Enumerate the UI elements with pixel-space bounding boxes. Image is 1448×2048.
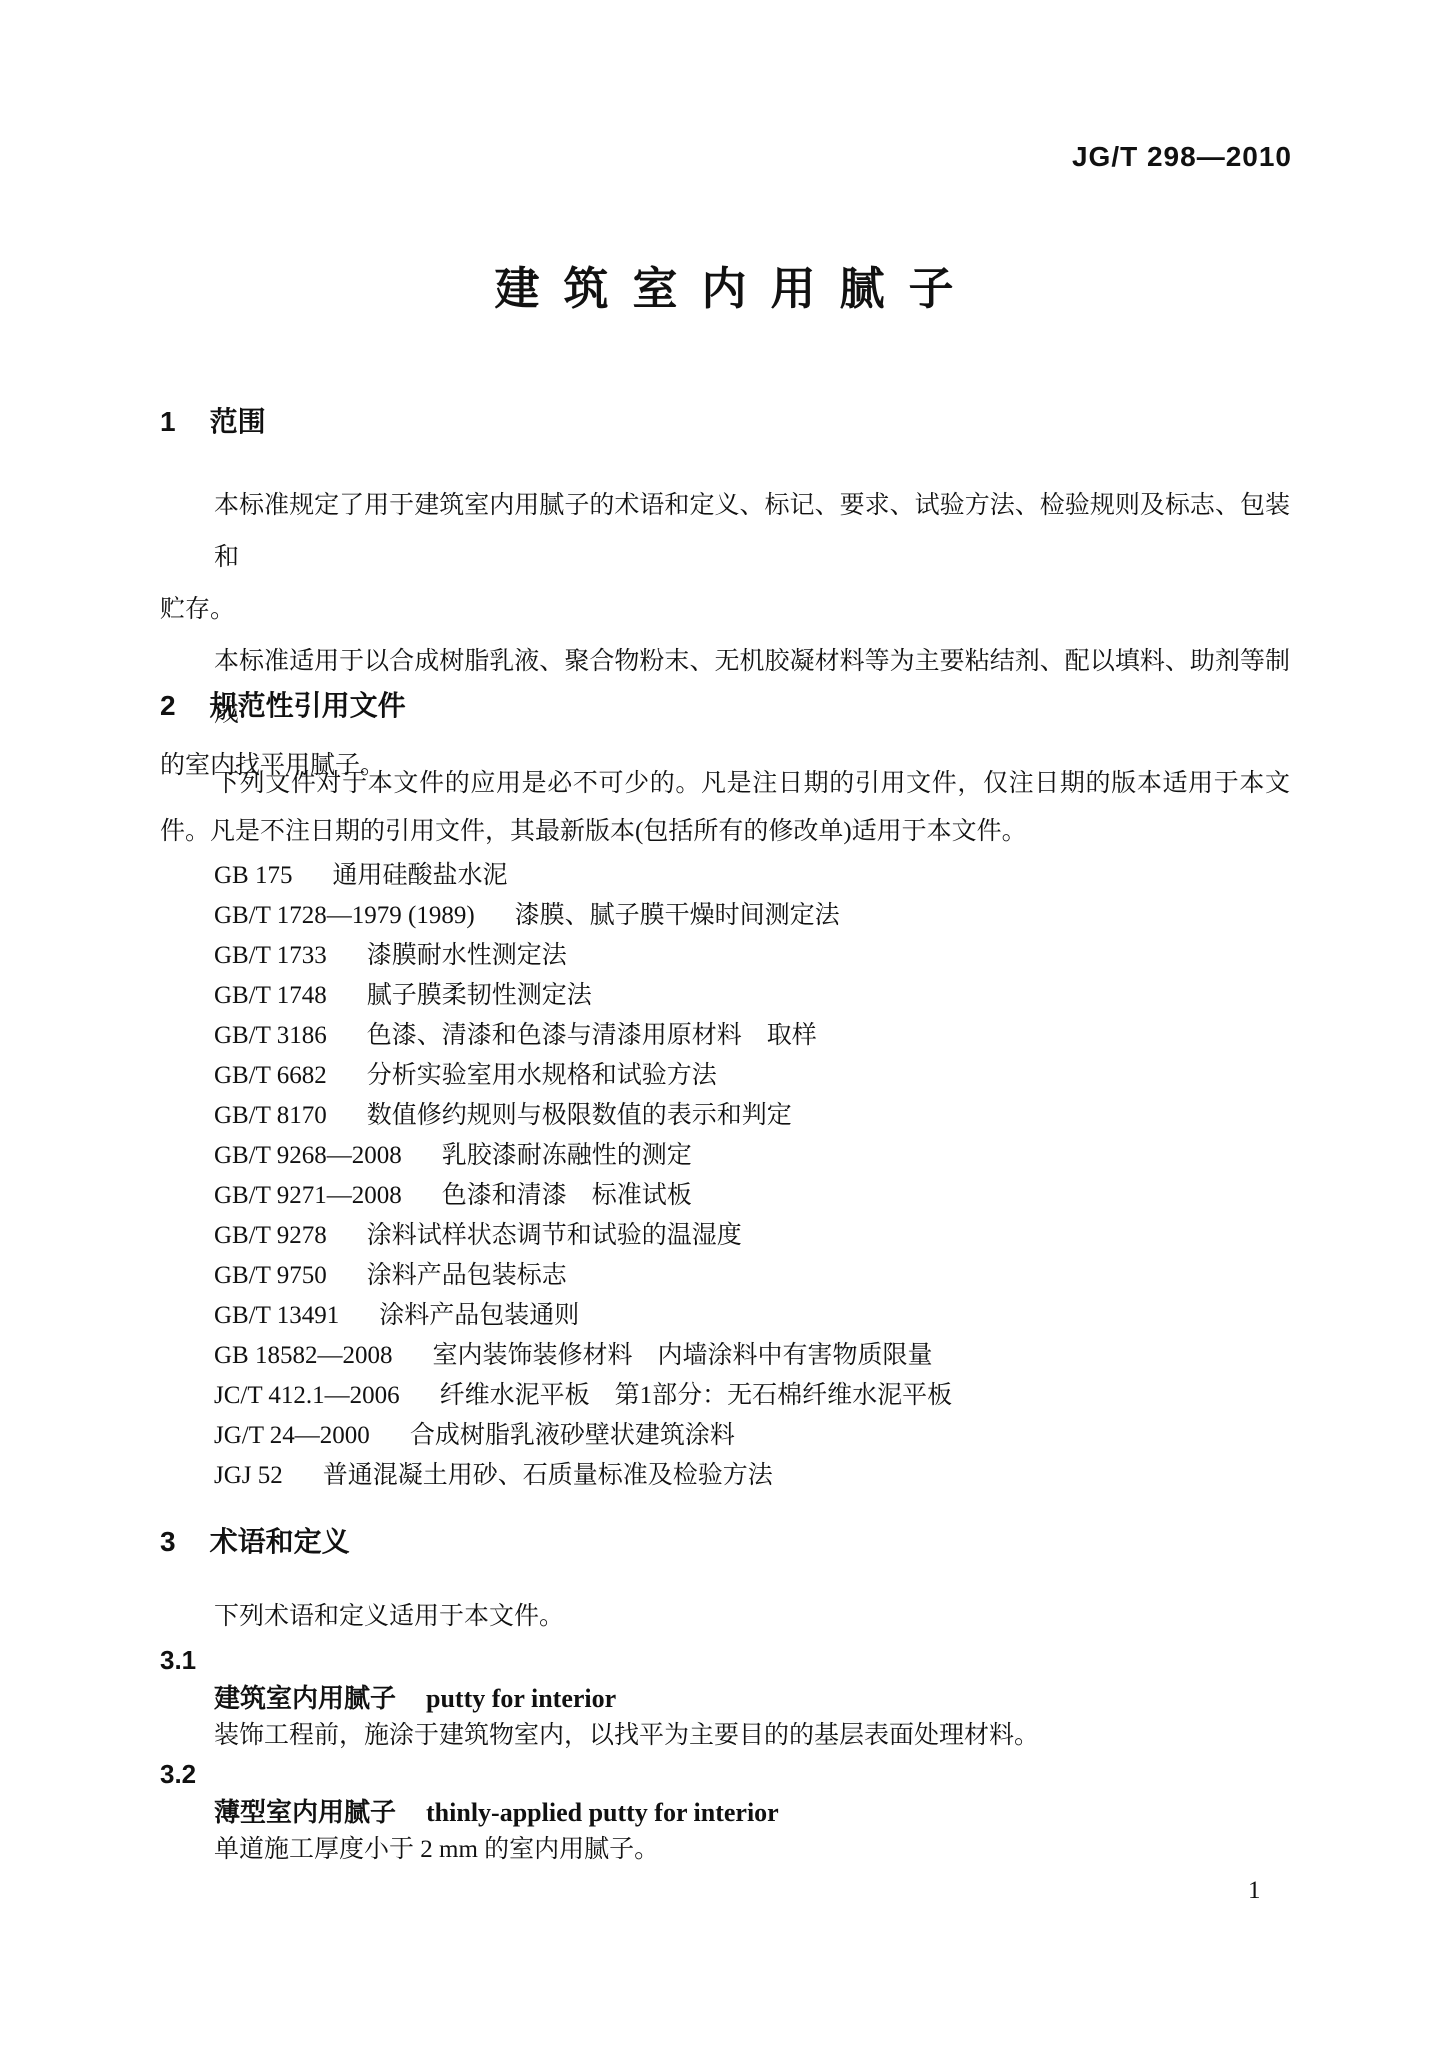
reference-title: 分析实验室用水规格和试验方法 [367, 1062, 717, 1089]
term-id: 3.1 [160, 1640, 1290, 1680]
term-definition: 单道施工厚度小于 2 mm 的室内用腻子。 [160, 1831, 1290, 1868]
reference-item: GB 175通用硅酸盐水泥 [160, 856, 1290, 896]
section-label: 术语和定义 [210, 1526, 350, 1557]
reference-title: 色漆、清漆和色漆与清漆用原材料 取样 [367, 1022, 817, 1049]
term-name-zh: 建筑室内用腻子 [214, 1684, 396, 1713]
reference-code: GB/T 1728—1979 (1989) [214, 902, 475, 929]
reference-code: GB 18582—2008 [214, 1342, 392, 1369]
document-title: 建筑室内用腻子 [0, 252, 1448, 317]
reference-item: GB/T 13491涂料产品包装通则 [160, 1296, 1290, 1336]
section-label: 范围 [210, 406, 266, 437]
reference-item: GB/T 9271—2008色漆和清漆 标准试板 [160, 1176, 1290, 1216]
reference-item: GB/T 9750涂料产品包装标志 [160, 1256, 1290, 1296]
reference-code: GB/T 9750 [214, 1262, 327, 1289]
references-intro: 下列文件对于本文件的应用是必不可少的。凡是注日期的引用文件，仅注日期的版本适用于… [160, 760, 1290, 856]
section-number: 1 [160, 406, 176, 437]
term-name-en: thinly-applied putty for interior [426, 1798, 779, 1827]
reference-code: GB/T 9271—2008 [214, 1182, 402, 1209]
document-page: JG/T 298—2010 建筑室内用腻子 1范围 本标准规定了用于建筑室内用腻… [0, 0, 1448, 2048]
reference-item: JG/T 24—2000合成树脂乳液砂壁状建筑涂料 [160, 1416, 1290, 1456]
terms-intro: 下列术语和定义适用于本文件。 [160, 1594, 1290, 1640]
section-terms-heading: 3术语和定义 [160, 1524, 1290, 1560]
term-id: 3.2 [160, 1754, 1290, 1794]
standard-code: JG/T 298—2010 [1072, 141, 1292, 173]
reference-code: GB/T 1733 [214, 942, 327, 969]
reference-code: GB/T 8170 [214, 1102, 327, 1129]
reference-code: GB/T 1748 [214, 982, 327, 1009]
reference-title: 漆膜、腻子膜干燥时间测定法 [515, 902, 840, 929]
reference-item: JC/T 412.1—2006纤维水泥平板 第1部分：无石棉纤维水泥平板 [160, 1376, 1290, 1416]
term-entry: 3.2 薄型室内用腻子thinly-applied putty for inte… [160, 1754, 1290, 1868]
section-number: 3 [160, 1526, 176, 1557]
term-name-en: putty for interior [426, 1684, 616, 1713]
reference-code: GB/T 6682 [214, 1062, 327, 1089]
reference-item: GB/T 6682分析实验室用水规格和试验方法 [160, 1056, 1290, 1096]
reference-item: GB/T 9268—2008乳胶漆耐冻融性的测定 [160, 1136, 1290, 1176]
section-terms: 3术语和定义 下列术语和定义适用于本文件。 3.1 建筑室内用腻子putty f… [160, 1524, 1290, 1868]
section-label: 规范性引用文件 [210, 690, 406, 721]
section-number: 2 [160, 690, 176, 721]
reference-title: 数值修约规则与极限数值的表示和判定 [367, 1102, 792, 1129]
term-name-zh: 薄型室内用腻子 [214, 1798, 396, 1827]
reference-title: 腻子膜柔韧性测定法 [367, 982, 592, 1009]
reference-code: GB/T 9268—2008 [214, 1142, 402, 1169]
term-definition: 装饰工程前，施涂于建筑物室内，以找平为主要目的的基层表面处理材料。 [160, 1717, 1290, 1754]
reference-title: 涂料产品包装标志 [367, 1262, 567, 1289]
reference-code: GB/T 3186 [214, 1022, 327, 1049]
reference-title: 纤维水泥平板 第1部分：无石棉纤维水泥平板 [440, 1382, 953, 1409]
reference-code: JC/T 412.1—2006 [214, 1382, 400, 1409]
paragraph-line: 贮存。 [160, 584, 1290, 636]
reference-code: GB 175 [214, 862, 292, 889]
reference-title: 合成树脂乳液砂壁状建筑涂料 [410, 1422, 735, 1449]
reference-item: GB 18582—2008室内装饰装修材料 内墙涂料中有害物质限量 [160, 1336, 1290, 1376]
reference-code: GB/T 13491 [214, 1302, 339, 1329]
reference-item: GB/T 3186色漆、清漆和色漆与清漆用原材料 取样 [160, 1016, 1290, 1056]
term-name: 薄型室内用腻子thinly-applied putty for interior [160, 1794, 1290, 1831]
reference-item: GB/T 1733漆膜耐水性测定法 [160, 936, 1290, 976]
reference-item: GB/T 1748腻子膜柔韧性测定法 [160, 976, 1290, 1016]
term-entry: 3.1 建筑室内用腻子putty for interior 装饰工程前，施涂于建… [160, 1640, 1290, 1754]
reference-item: GB/T 1728—1979 (1989)漆膜、腻子膜干燥时间测定法 [160, 896, 1290, 936]
term-name: 建筑室内用腻子putty for interior [160, 1680, 1290, 1717]
reference-title: 乳胶漆耐冻融性的测定 [442, 1142, 692, 1169]
reference-title: 室内装饰装修材料 内墙涂料中有害物质限量 [432, 1342, 932, 1369]
reference-item: JGJ 52普通混凝土用砂、石质量标准及检验方法 [160, 1456, 1290, 1496]
reference-title: 通用硅酸盐水泥 [332, 862, 507, 889]
page-number: 1 [1248, 1876, 1261, 1906]
reference-title: 色漆和清漆 标准试板 [442, 1182, 692, 1209]
section-scope-heading: 1范围 [160, 404, 1290, 440]
reference-title: 涂料产品包装通则 [379, 1302, 579, 1329]
reference-title: 普通混凝土用砂、石质量标准及检验方法 [323, 1462, 773, 1489]
paragraph-line: 本标准规定了用于建筑室内用腻子的术语和定义、标记、要求、试验方法、检验规则及标志… [160, 480, 1290, 584]
section-references-heading: 2规范性引用文件 [160, 688, 1290, 724]
reference-item: GB/T 9278涂料试样状态调节和试验的温湿度 [160, 1216, 1290, 1256]
paragraph-line: 下列文件对于本文件的应用是必不可少的。凡是注日期的引用文件，仅注日期的版本适用于… [160, 760, 1290, 808]
reference-title: 涂料试样状态调节和试验的温湿度 [367, 1222, 742, 1249]
reference-list: GB 175通用硅酸盐水泥 GB/T 1728—1979 (1989)漆膜、腻子… [160, 856, 1290, 1496]
reference-code: GB/T 9278 [214, 1222, 327, 1249]
reference-code: JGJ 52 [214, 1462, 283, 1489]
reference-item: GB/T 8170数值修约规则与极限数值的表示和判定 [160, 1096, 1290, 1136]
section-references: 2规范性引用文件 下列文件对于本文件的应用是必不可少的。凡是注日期的引用文件，仅… [160, 688, 1290, 1496]
reference-title: 漆膜耐水性测定法 [367, 942, 567, 969]
reference-code: JG/T 24—2000 [214, 1422, 370, 1449]
paragraph-line: 件。凡是不注日期的引用文件，其最新版本(包括所有的修改单)适用于本文件。 [160, 808, 1290, 856]
